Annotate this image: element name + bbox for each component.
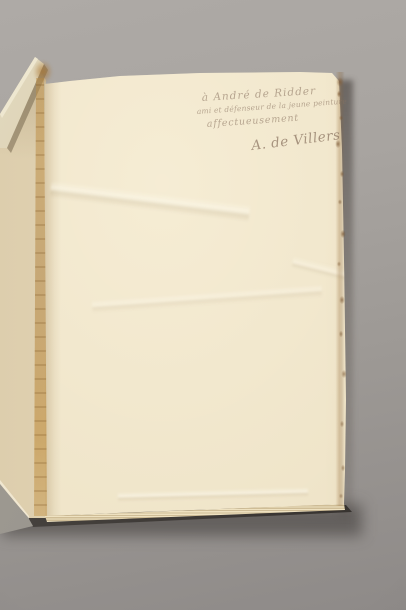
page-crease	[49, 176, 251, 226]
gutter-top-stain	[32, 60, 54, 86]
photo-stage: à André de Ridder ami et défenseur de la…	[0, 0, 406, 610]
page-crease	[92, 280, 323, 316]
foxed-fore-edge	[330, 72, 348, 506]
page-crease	[118, 488, 308, 502]
gutter-inner-shade	[45, 74, 61, 516]
